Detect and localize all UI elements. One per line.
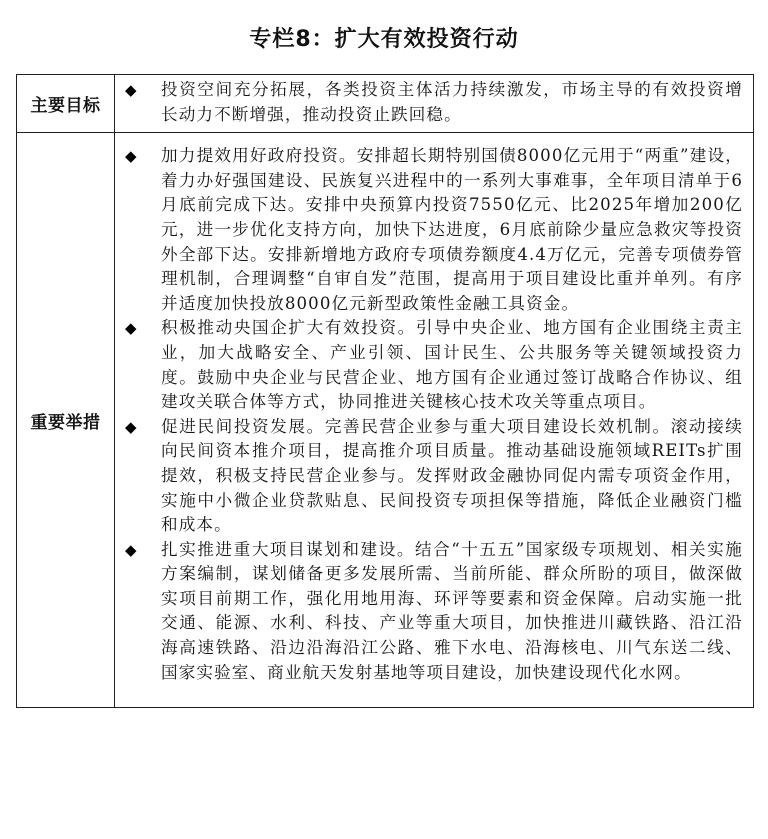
row-label-main-goal: 主要目标 xyxy=(17,75,115,132)
diamond-bullet-icon: ◆ xyxy=(123,78,161,103)
list-item-text: 扎实推进重大项目谋划和建设。结合“十五五”国家级专项规划、相关实施方案编制，谋划… xyxy=(161,538,743,686)
diamond-bullet-icon: ◆ xyxy=(123,415,161,440)
page-title: 专栏8：扩大有效投资行动 xyxy=(0,22,768,53)
diamond-bullet-icon: ◆ xyxy=(123,144,161,169)
table-row-key-measures: 重要举措 ◆ 加力提效用好政府投资。安排超长期特别国债8000亿元用于“两重”建… xyxy=(17,133,753,707)
list-item: ◆ 扎实推进重大项目谋划和建设。结合“十五五”国家级专项规划、相关实施方案编制，… xyxy=(123,538,743,686)
list-item: ◆ 投资空间充分拓展，各类投资主体活力持续激发，市场主导的有效投资增长动力不断增… xyxy=(123,78,743,127)
list-item: ◆ 积极推动央国企扩大有效投资。引导中央企业、地方国有企业围绕主责主业，加大战略… xyxy=(123,316,743,414)
list-item-text: 投资空间充分拓展，各类投资主体活力持续激发，市场主导的有效投资增长动力不断增强，… xyxy=(161,78,743,127)
list-item-text: 加力提效用好政府投资。安排超长期特别国债8000亿元用于“两重”建设，着力办好强… xyxy=(161,144,743,316)
column-table: 主要目标 ◆ 投资空间充分拓展，各类投资主体活力持续激发，市场主导的有效投资增长… xyxy=(16,74,754,708)
row-body-key-measures: ◆ 加力提效用好政府投资。安排超长期特别国债8000亿元用于“两重”建设，着力办… xyxy=(115,133,753,707)
row-body-main-goal: ◆ 投资空间充分拓展，各类投资主体活力持续激发，市场主导的有效投资增长动力不断增… xyxy=(115,75,753,132)
list-item-text: 积极推动央国企扩大有效投资。引导中央企业、地方国有企业围绕主责主业，加大战略安全… xyxy=(161,316,743,414)
diamond-bullet-icon: ◆ xyxy=(123,538,161,563)
row-label-key-measures: 重要举措 xyxy=(17,133,115,707)
table-row-main-goal: 主要目标 ◆ 投资空间充分拓展，各类投资主体活力持续激发，市场主导的有效投资增长… xyxy=(17,75,753,133)
list-item: ◆ 促进民间投资发展。完善民营企业参与重大项目建设长效机制。滚动接续向民间资本推… xyxy=(123,415,743,538)
diamond-bullet-icon: ◆ xyxy=(123,316,161,341)
list-item-text: 促进民间投资发展。完善民营企业参与重大项目建设长效机制。滚动接续向民间资本推介项… xyxy=(161,415,743,538)
list-item: ◆ 加力提效用好政府投资。安排超长期特别国债8000亿元用于“两重”建设，着力办… xyxy=(123,144,743,316)
